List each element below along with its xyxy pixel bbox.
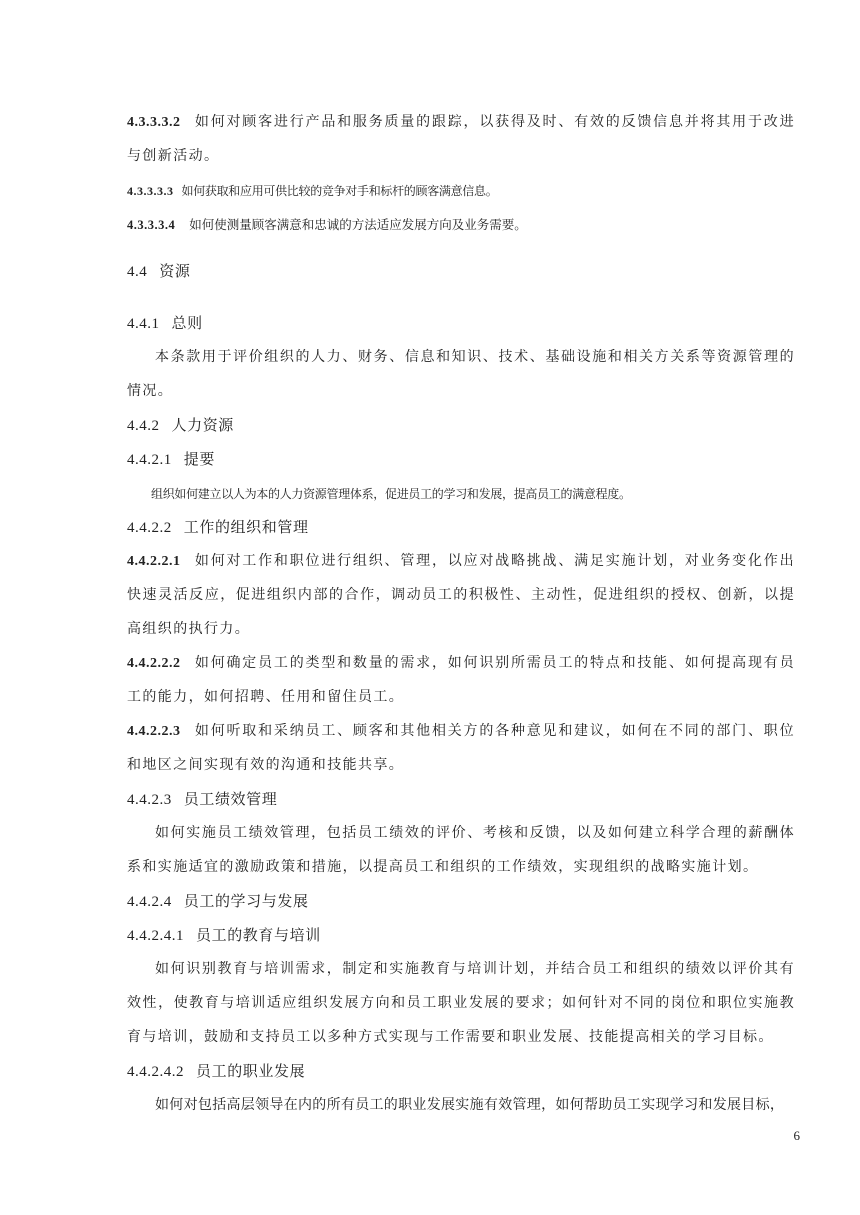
- section-heading-4.4.2.3: 4.4.2.3员工绩效管理: [127, 783, 795, 817]
- heading-number: 4.4: [127, 264, 147, 280]
- section-heading-4.4.2: 4.4.2人力资源: [127, 409, 795, 443]
- clause-number: 4.4.2.2.2: [127, 656, 181, 671]
- clause-text: 如何使测量顾客满意和忠诚的方法适应发展方向及业务需要。: [189, 218, 527, 232]
- clause-text: 如何听取和采纳员工、顾客和其他相关方的各种意见和建议，如何在不同的部门、职位和地…: [127, 724, 795, 773]
- page-number: 6: [794, 1128, 801, 1143]
- clause-text: 如何获取和应用可供比较的竞争对手和标杆的顾客满意信息。: [182, 184, 498, 198]
- heading-number: 4.4.2.2: [127, 520, 172, 536]
- clause-paragraph-4.3.3.3.3: 4.3.3.3.3如何获取和应用可供比较的竞争对手和标杆的顾客满意信息。: [127, 174, 795, 208]
- heading-number: 4.4.2.4: [127, 894, 172, 910]
- clause-paragraph-4.3.3.3.4: 4.3.3.3.4如何使测量顾客满意和忠诚的方法适应发展方向及业务需要。: [127, 208, 795, 242]
- clause-number: 4.4.2.2.3: [127, 724, 181, 739]
- clause-paragraph-4.4.2.2.2: 4.4.2.2.2如何确定员工的类型和数量的需求，如何识别所需员工的特点和技能、…: [127, 647, 795, 715]
- clause-number: 4.3.3.3.3: [127, 184, 174, 198]
- clause-number: 4.3.3.3.2: [127, 115, 181, 130]
- clause-text: 如何对工作和职位进行组织、管理，以应对战略挑战、满足实施计划，对业务变化作出快速…: [127, 554, 795, 637]
- heading-text: 提要: [184, 452, 215, 468]
- heading-text: 工作的组织和管理: [184, 520, 309, 536]
- heading-text: 员工的教育与培训: [196, 928, 321, 944]
- body-paragraph: 如何实施员工绩效管理，包括员工绩效的评价、考核和反馈，以及如何建立科学合理的薪酬…: [127, 817, 795, 885]
- heading-text: 资源: [159, 264, 190, 280]
- clause-text: 如何确定员工的类型和数量的需求，如何识别所需员工的特点和技能、如何提高现有员工的…: [127, 656, 795, 705]
- heading-number: 4.4.2.4.1: [127, 928, 184, 944]
- body-paragraph: 组织如何建立以人为本的人力资源管理体系，促进员工的学习和发展，提高员工的满意程度…: [127, 477, 795, 511]
- heading-text: 员工的学习与发展: [184, 894, 309, 910]
- heading-text: 员工绩效管理: [184, 792, 278, 808]
- clause-paragraph-4.3.3.3.2: 4.3.3.3.2如何对顾客进行产品和服务质量的跟踪，以获得及时、有效的反馈信息…: [127, 106, 795, 174]
- section-heading-4.4.2.4.2: 4.4.2.4.2员工的职业发展: [127, 1055, 795, 1089]
- clause-paragraph-4.4.2.2.1: 4.4.2.2.1如何对工作和职位进行组织、管理，以应对战略挑战、满足实施计划，…: [127, 545, 795, 647]
- clause-text: 如何对顾客进行产品和服务质量的跟踪，以获得及时、有效的反馈信息并将其用于改进与创…: [127, 115, 795, 164]
- body-paragraph: 本条款用于评价组织的人力、财务、信息和知识、技术、基础设施和相关方关系等资源管理…: [127, 341, 795, 409]
- heading-number: 4.4.2.3: [127, 792, 172, 808]
- heading-text: 总则: [172, 316, 203, 332]
- heading-number: 4.4.2.1: [127, 452, 172, 468]
- section-heading-4.4.2.4: 4.4.2.4员工的学习与发展: [127, 885, 795, 919]
- heading-number: 4.4.2.4.2: [127, 1064, 184, 1080]
- section-heading-4.4.1: 4.4.1总则: [127, 307, 795, 341]
- heading-text: 人力资源: [172, 418, 234, 434]
- section-heading-4.4.2.4.1: 4.4.2.4.1员工的教育与培训: [127, 919, 795, 953]
- body-paragraph: 如何识别教育与培训需求，制定和实施教育与培训计划，并结合员工和组织的绩效以评价其…: [127, 953, 795, 1055]
- heading-number: 4.4.1: [127, 316, 160, 332]
- clause-number: 4.3.3.3.4: [127, 218, 175, 232]
- section-heading-4.4.2.1: 4.4.2.1提要: [127, 443, 795, 477]
- section-heading-4.4: 4.4资源: [127, 255, 795, 289]
- clause-paragraph-4.4.2.2.3: 4.4.2.2.3如何听取和采纳员工、顾客和其他相关方的各种意见和建议，如何在不…: [127, 715, 795, 783]
- clause-number: 4.4.2.2.1: [127, 554, 181, 569]
- body-paragraph: 如何对包括高层领导在内的所有员工的职业发展实施有效管理，如何帮助员工实现学习和发…: [127, 1089, 795, 1123]
- heading-text: 员工的职业发展: [196, 1064, 305, 1080]
- section-heading-4.4.2.2: 4.4.2.2工作的组织和管理: [127, 511, 795, 545]
- document-page: 4.3.3.3.2如何对顾客进行产品和服务质量的跟踪，以获得及时、有效的反馈信息…: [0, 0, 860, 1215]
- heading-number: 4.4.2: [127, 418, 160, 434]
